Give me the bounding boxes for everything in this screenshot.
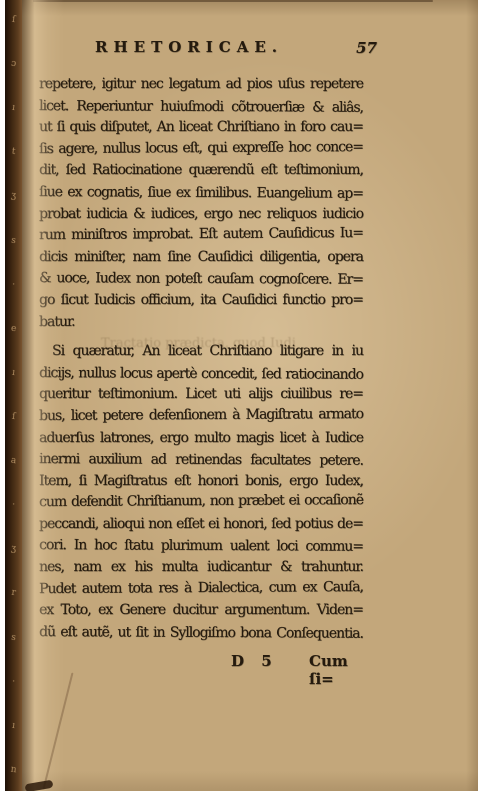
body-text: repetere, igitur nec legatum ad pios uſu…: [39, 74, 363, 643]
binding-fragment: ·: [5, 500, 23, 511]
paragraph-1: repetere, igitur nec legatum ad pios uſu…: [39, 74, 363, 333]
signature-row: D 5 Cum ſi=: [39, 652, 363, 672]
binding-fragment: ſ: [5, 412, 23, 423]
paragraph-2: Si quæratur, An liceat Chriſtiano litiga…: [39, 341, 363, 643]
text-line: probat iudicia & iudices, ergo nec reliq…: [39, 204, 363, 226]
text-line: ex Toto, ex Genere ducitur argumentum. V…: [39, 600, 363, 622]
binding-fragment: e: [5, 324, 23, 335]
binding-fragment: ʒ: [5, 544, 23, 555]
catchword: Cum ſi=: [309, 652, 363, 688]
text-line: batur.: [39, 310, 363, 334]
page-top-edge-shadow: [33, 0, 433, 2]
text-line: Item, ſi Magiſtratus eſt honori bonis, e…: [39, 471, 363, 493]
text-line: & uoce, Iudex non poteſt cauſam cognoſce…: [39, 268, 363, 291]
show-through-text: Tractatio prædicta, quod Iudi: [101, 336, 341, 351]
binding-gutter-strip: ſɔıtʒs·eıſa·ʒrs·ın: [5, 0, 22, 791]
binding-fragment: r: [5, 588, 23, 599]
text-line: repetere, igitur nec legatum ad pios uſu…: [39, 74, 363, 96]
binding-fragment: ·: [5, 677, 23, 688]
binding-fragment: s: [5, 632, 23, 643]
binding-fragment: ı: [5, 368, 23, 379]
book-scan-screenshot: { "header": { "title": "RHETORICAE.", "p…: [0, 0, 478, 800]
text-line: ut ſi quis diſputet, An liceat Chriſtian…: [39, 117, 363, 139]
text-line: nes, nam ex his multa iudicantur & trahu…: [39, 557, 363, 579]
text-line: go ſicut Iudicis officium, ita Cauſidici…: [39, 290, 363, 312]
binding-fragment: t: [5, 147, 23, 158]
page-fold-highlight: [22, 0, 64, 791]
binding-fragment: ɔ: [5, 59, 23, 70]
text-line: dit, ſed Ratiocinatione quærendũ eſt teſ…: [39, 160, 363, 182]
binding-fragment: ·: [5, 280, 23, 291]
text-line: Pudet autem tota res à Dialectica, cum e…: [39, 577, 363, 601]
text-line: aduerſus latrones, ergo multo magis lice…: [39, 428, 363, 450]
text-line: ſis agere, nullus locus eſt, qui expreſſ…: [39, 137, 363, 161]
text-line: dicijs, nullus locus apertè concedit, ſe…: [39, 363, 363, 386]
text-line: inermi auxilium ad retinendas facultates…: [39, 449, 363, 472]
binding-fragment: ʒ: [5, 191, 23, 202]
text-line: ſiue ex cognatis, ſiue ex ſimilibus. Eua…: [39, 182, 363, 205]
binding-fragment: ı: [5, 103, 23, 114]
binding-fragment: a: [5, 456, 23, 467]
binding-fragment: ı: [5, 721, 23, 732]
text-line: dicis miniſter, nam ſine Cauſidici dilig…: [39, 247, 363, 269]
page-number: 57: [356, 39, 377, 57]
binding-fragment: ſ: [5, 15, 23, 26]
running-header: RHETORICAE. 57: [39, 38, 369, 60]
text-line: bus, licet petere defenſionem à Magiſtra…: [39, 404, 363, 428]
text-line: cum defendit Chriſtianum, non præbet ei …: [39, 490, 363, 514]
text-line: peccandi, alioqui non eſſet ei honori, ſ…: [39, 514, 363, 536]
binding-fragment: n: [5, 765, 23, 776]
text-line: queritur teſtimonium. Licet uti alijs ci…: [39, 384, 363, 406]
signature-mark: D 5: [231, 652, 278, 670]
text-line: cori. In hoc ſtatu plurimum ualent loci …: [39, 535, 363, 558]
text-line: dũ eſt autẽ, ut ſit in Syllogiſmo bona C…: [39, 622, 363, 645]
binding-fragment: s: [5, 235, 23, 246]
scanned-page-photo: ſɔıtʒs·eıſa·ʒrs·ın RHETORICAE. 57 repete…: [5, 0, 478, 791]
header-title: RHETORICAE.: [95, 38, 283, 56]
text-line: licet. Reperiuntur huiuſmodi cõtrouerſiæ…: [39, 96, 363, 119]
text-line: rum miniſtros improbat. Eſt autem Cauſid…: [39, 223, 363, 247]
